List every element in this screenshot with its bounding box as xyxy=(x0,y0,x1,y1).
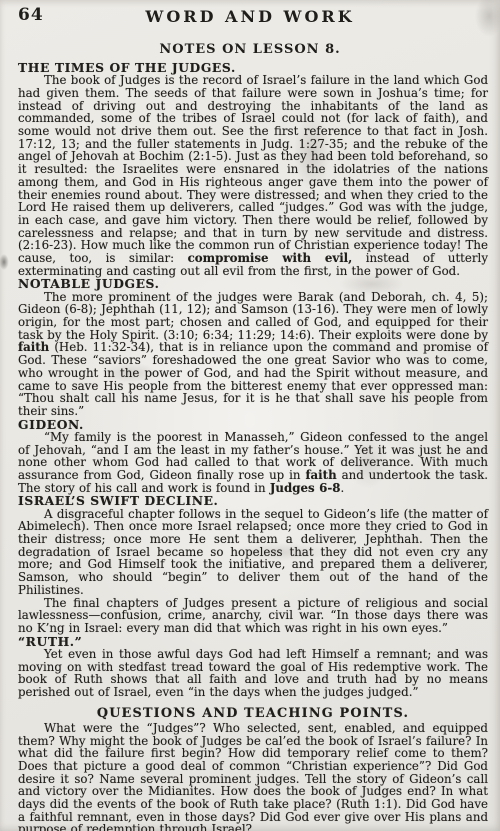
text-run: The final chapters of Judges present a p… xyxy=(18,596,488,635)
page-number: 64 xyxy=(18,5,44,25)
paragraph: “My family is the poorest in Manasseh,” … xyxy=(18,431,488,495)
text-run: (Heb. 11:32-34), that is in reliance upo… xyxy=(18,340,488,418)
journal-title: WORD AND WORK xyxy=(0,7,500,26)
text-run: . xyxy=(340,481,344,495)
lesson-heading: NOTES ON LESSON 8. xyxy=(0,42,500,57)
text-run: What were the “Judges”? Who selected, se… xyxy=(18,721,488,831)
paragraph: The more prominent of the judges were Ba… xyxy=(18,291,488,418)
page-header: 64 WORD AND WORK xyxy=(0,0,500,33)
text-run: A disgraceful chapter follows in the seq… xyxy=(18,507,488,597)
paragraph: A disgraceful chapter follows in the seq… xyxy=(18,508,488,597)
paragraph: The book of Judges is the record of Isra… xyxy=(18,74,488,277)
paragraph: What were the “Judges”? Who selected, se… xyxy=(18,722,488,831)
document-body: THE TIMES OF THE JUDGES.The book of Judg… xyxy=(0,61,500,831)
bold-text-run: Judges 6-8 xyxy=(270,481,341,495)
paragraph: Yet even in those awful days God had lef… xyxy=(18,648,488,699)
text-run: Yet even in those awful days God had lef… xyxy=(18,647,488,699)
centered-heading: QUESTIONS AND TEACHING POINTS. xyxy=(18,707,488,720)
scanned-page: 64 WORD AND WORK NOTES ON LESSON 8. THE … xyxy=(0,0,500,831)
text-run: The more prominent of the judges were Ba… xyxy=(18,290,488,342)
text-run: The book of Judges is the record of Isra… xyxy=(18,73,488,265)
paragraph: The final chapters of Judges present a p… xyxy=(18,597,488,635)
